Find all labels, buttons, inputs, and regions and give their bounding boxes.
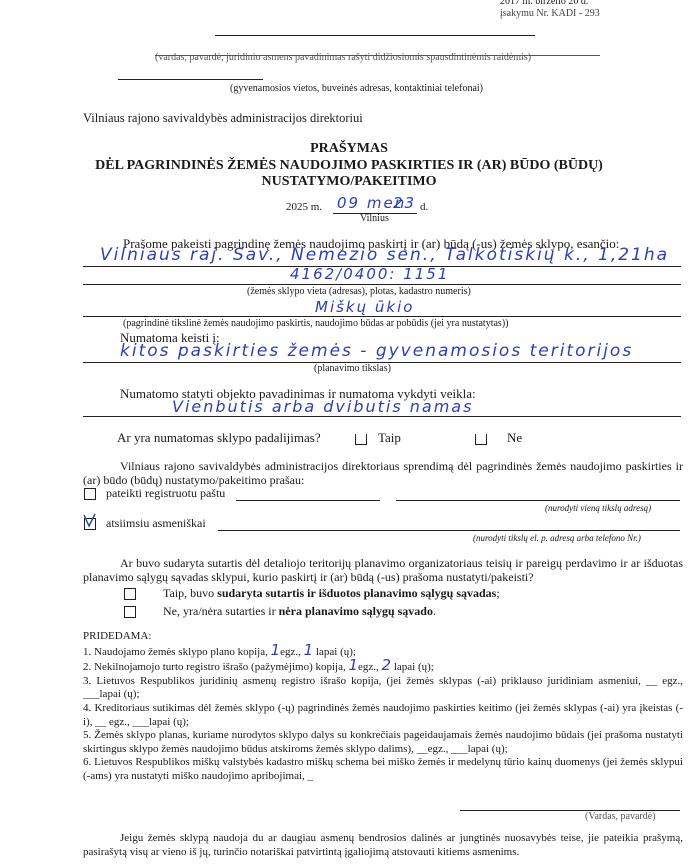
object-field[interactable]: Vienbutis arba dvibutis namas: [172, 397, 473, 416]
current-use-field[interactable]: Miškų ūkio: [315, 298, 414, 316]
recipient: Vilniaus rajono savivaldybės administrac…: [83, 111, 363, 126]
date-day-suffix: d.: [420, 201, 428, 213]
delivery-intro: Vilniaus rajono savivaldybės administrac…: [83, 459, 683, 487]
applicant-address-line: [118, 79, 263, 80]
division-question: Ar yra numatomas sklypo padalijimas?: [117, 430, 321, 446]
attachment-2-pages[interactable]: 2: [382, 656, 392, 674]
delivery-mail-caption: (nurodyti vieną tikslų adresą): [545, 503, 651, 513]
cadastral-number-line: [83, 284, 681, 285]
date-day-field[interactable]: 23: [393, 194, 416, 212]
document-subtitle-1: DĖL PAGRINDINĖS ŽEMĖS NAUDOJIMO PASKIRTI…: [0, 158, 698, 174]
division-no-label: Ne: [507, 430, 522, 446]
date-place: Vilnius: [360, 213, 389, 224]
attachments-list: PRIDEDAMA: 1. Naudojamo žemės sklypo pla…: [83, 630, 683, 784]
delivery-mail-line-2: [396, 500, 680, 501]
date-year: 2025 m.: [286, 201, 322, 213]
signature-caption: (Vardas, pavardė): [585, 811, 656, 822]
attachment-item-2: 2. Nekilnojamojo turto registro išrašo (…: [83, 659, 683, 675]
delivery-personal-label: atsiimsiu asmeniškai: [106, 516, 206, 531]
applicant-address-caption: (gyvenamosios vietos, buveinės adresas, …: [230, 83, 483, 94]
attachment-2-copies[interactable]: 1: [348, 656, 358, 674]
change-to-field[interactable]: kitos paskirties žemės - gyvenamosios te…: [120, 341, 633, 361]
delivery-mail-line-1: [236, 500, 380, 501]
attachment-item-5: 5. Žemės sklypo planas, kuriame nurodyto…: [83, 729, 683, 756]
attachment-1-copies[interactable]: 1: [271, 641, 281, 659]
division-yes-label: Taip: [378, 430, 401, 446]
document-subtitle-2: NUSTATYMO/PAKEITIMO: [0, 174, 698, 190]
current-use-line: [83, 316, 681, 317]
division-yes-checkbox[interactable]: [355, 434, 367, 445]
attachment-1-pages[interactable]: 1: [304, 641, 314, 659]
object-line: [83, 416, 681, 417]
attachments-heading: PRIDEDAMA:: [83, 630, 683, 644]
contract-no-checkbox[interactable]: [124, 606, 136, 618]
contract-yes-label: Taip, buvo sudaryta sutartis ir išduotos…: [163, 586, 500, 601]
change-to-caption: (planavimo tikslas): [314, 363, 391, 374]
contract-yes-checkbox[interactable]: [124, 588, 136, 600]
attachment-item-3: 3. Lietuvos Respublikos juridinių asmenų…: [83, 675, 683, 702]
contract-no-label: Ne, yra/nėra sutarties ir nėra planavimo…: [163, 604, 436, 619]
contract-question: Ar buvo sudaryta sutartis dėl detaliojo …: [83, 556, 683, 584]
footer-note: Jeigu žemės sklypą naudoja du ar daugiau…: [83, 832, 683, 859]
applicant-name-line: [215, 35, 535, 36]
attachment-item-4: 4. Kreditoriaus sutikimas dėl žemės skly…: [83, 702, 683, 729]
document-title: PRAŠYMAS: [0, 141, 698, 157]
applicant-name-caption: (vardas, pavardė, juridinio asmens pavad…: [155, 52, 600, 63]
plot-location-caption: (žemės sklypo vieta (adresas), plotas, k…: [247, 286, 471, 297]
cadastral-number-field[interactable]: 4162/0400: 1151: [290, 265, 449, 283]
check-mark-icon: [83, 513, 97, 529]
current-use-caption: (pagrindinė tikslinė žemės naudojimo pas…: [123, 318, 508, 329]
delivery-personal-checkbox[interactable]: [84, 518, 96, 530]
delivery-mail-checkbox[interactable]: [84, 488, 96, 500]
approval-order: įsakymu Nr. KADI - 293: [500, 8, 600, 19]
division-no-checkbox[interactable]: [475, 434, 487, 445]
delivery-mail-label: pateikti registruotu paštu: [106, 486, 225, 501]
attachment-item-6: 6. Lietuvos Respublikos miškų valstybės …: [83, 756, 683, 783]
delivery-personal-line: [218, 530, 680, 531]
delivery-personal-caption: (nurodyti tikslų el. p. adresą arba tele…: [473, 533, 641, 543]
approval-date: 2017 m. birželio 20 d.: [500, 0, 588, 7]
plot-location-field[interactable]: Vilniaus raj. Sav., Nemezio sen., Talkot…: [100, 245, 669, 265]
